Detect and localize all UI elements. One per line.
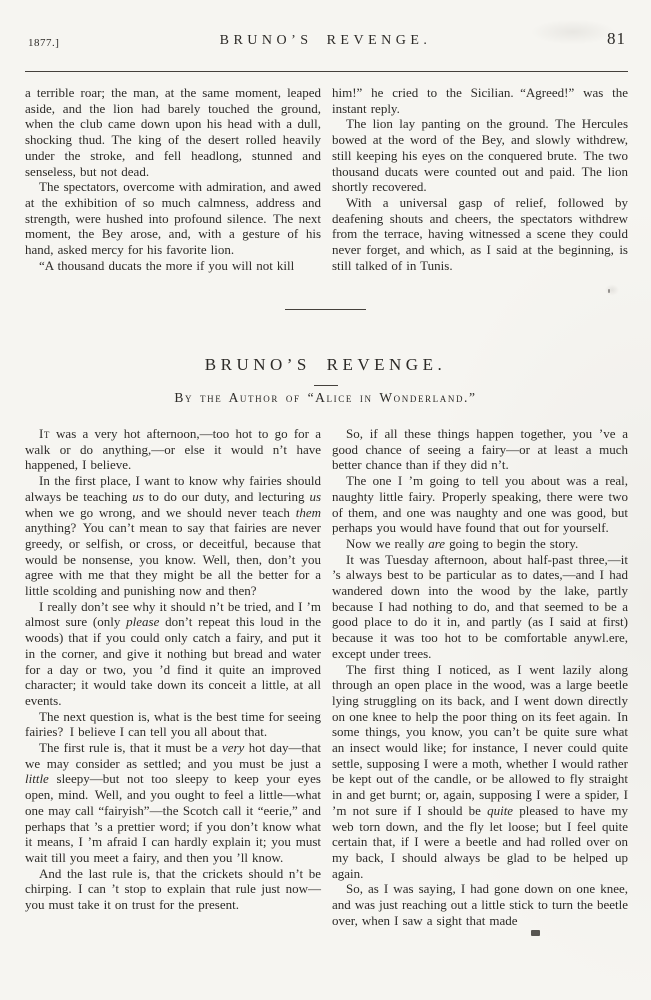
book-page: 1877.] BRUNO’S REVENGE. 81 a terrible ro… xyxy=(0,0,651,1000)
paragraph: Now we really are going to begin the sto… xyxy=(332,536,628,552)
paragraph: “A thousand ducats the more if you will … xyxy=(25,258,321,274)
paragraph: The first rule is, that it must be a ver… xyxy=(25,740,321,866)
paragraph: The one I ’m going to tell you about was… xyxy=(332,473,628,536)
story-title: BRUNO’S REVENGE. xyxy=(0,355,651,375)
running-title: BRUNO’S REVENGE. xyxy=(0,33,651,49)
paragraph: a terrible roar; the man, at the same mo… xyxy=(25,85,321,179)
scan-speck xyxy=(531,930,540,936)
paragraph: The next question is, what is the best t… xyxy=(25,709,321,740)
story-right-column: So, if all these things happen together,… xyxy=(332,426,628,929)
title-rule xyxy=(314,385,338,386)
paragraph: So, as I was saying, I had gone down on … xyxy=(332,881,628,928)
story-body: It was a very hot afternoon,—too hot to … xyxy=(25,426,628,929)
scan-speck xyxy=(608,289,610,293)
prev-story-right-column: him!” he cried to the Sicilian. “Agreed!… xyxy=(332,85,628,273)
paragraph: him!” he cried to the Sicilian. “Agreed!… xyxy=(332,85,628,116)
paragraph: It was Tuesday afternoon, about half-pas… xyxy=(332,552,628,662)
story-left-column: It was a very hot afternoon,—too hot to … xyxy=(25,426,321,929)
paragraph: With a universal gasp of relief, followe… xyxy=(332,195,628,274)
paragraph: So, if all these things happen together,… xyxy=(332,426,628,473)
paragraph: The first thing I noticed, as I went laz… xyxy=(332,662,628,882)
story-byline: By the Author of “Alice in Wonderland.” xyxy=(0,390,651,406)
previous-story-end: a terrible roar; the man, at the same mo… xyxy=(25,85,628,273)
header-rule xyxy=(25,71,628,72)
section-divider-rule xyxy=(285,309,366,310)
paragraph: The spectators, overcome with admiration… xyxy=(25,179,321,258)
paragraph: And the last rule is, that the crickets … xyxy=(25,866,321,913)
paragraph: It was a very hot afternoon,—too hot to … xyxy=(25,426,321,473)
page-number: 81 xyxy=(607,29,626,49)
prev-story-left-column: a terrible roar; the man, at the same mo… xyxy=(25,85,321,273)
paragraph: In the first place, I want to know why f… xyxy=(25,473,321,599)
paragraph: The lion lay panting on the ground. The … xyxy=(332,116,628,195)
paragraph: I really don’t see why it should n’t be … xyxy=(25,599,321,709)
